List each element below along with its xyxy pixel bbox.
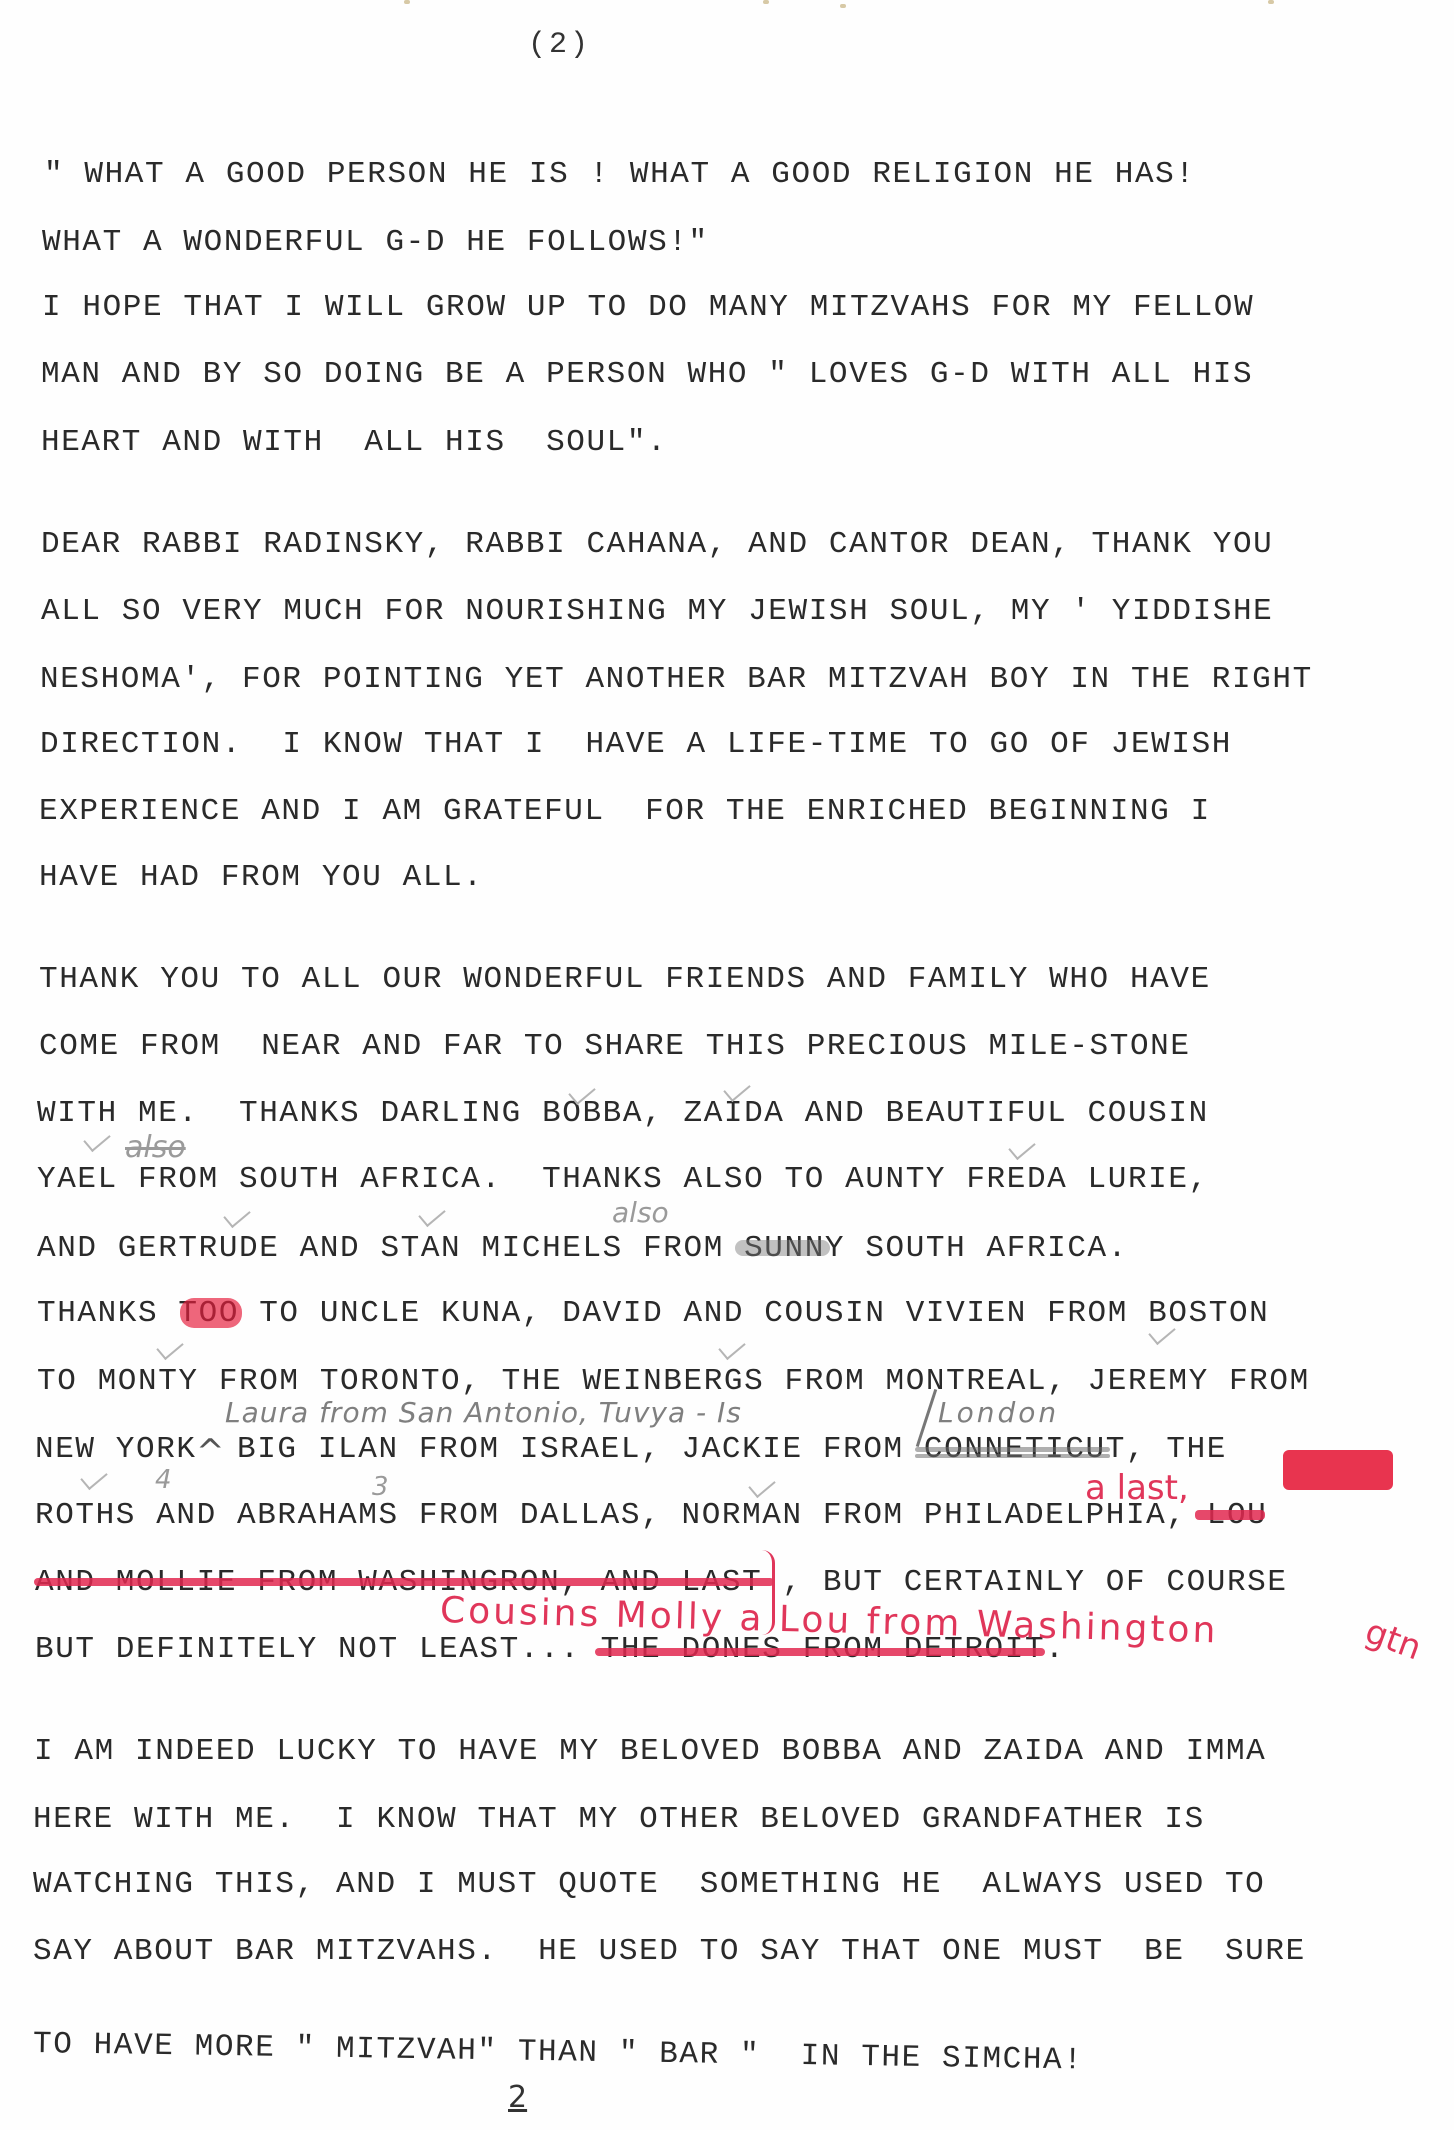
document-page: (2) " WHAT A GOOD PERSON HE IS ! WHAT A … — [0, 0, 1454, 2130]
text-line: AND GERTRUDE AND STAN MICHELS FROM SUNNY… — [37, 1232, 1128, 1266]
pencil-note-also: also — [125, 1130, 186, 1165]
pencil-note-london: London — [938, 1396, 1059, 1429]
red-strike-mollie-line — [34, 1578, 774, 1586]
text-line: TO HAVE MORE " MITZVAH" THAN " BAR " IN … — [33, 2028, 1084, 2078]
text-line: WATCHING THIS, AND I MUST QUOTE SOMETHIN… — [33, 1868, 1265, 1902]
text-line: SAY ABOUT BAR MITZVAHS. HE USED TO SAY T… — [33, 1935, 1306, 1969]
pencil-number-4: 4 — [155, 1465, 172, 1495]
text-line: " WHAT A GOOD PERSON HE IS ! WHAT A GOOD… — [44, 158, 1196, 192]
scan-speck — [1268, 0, 1274, 4]
pencil-strike-sunny — [735, 1240, 830, 1256]
text-line: ALL SO VERY MUCH FOR NOURISHING MY JEWIS… — [41, 595, 1273, 629]
check-mark — [748, 1472, 775, 1498]
text-line: TO MONTY FROM TORONTO, THE WEINBERGS FRO… — [37, 1365, 1310, 1399]
check-mark — [418, 1201, 445, 1227]
text-line: COME FROM NEAR AND FAR TO SHARE THIS PRE… — [39, 1030, 1191, 1064]
pencil-number-3: 3 — [372, 1472, 389, 1502]
text-line: MAN AND BY SO DOING BE A PERSON WHO " LO… — [41, 358, 1253, 392]
scan-speck — [404, 0, 410, 4]
red-strike-dones — [595, 1648, 1045, 1656]
scan-speck — [840, 4, 846, 8]
pencil-strike-conneticut — [915, 1454, 1110, 1458]
text-line: I HOPE THAT I WILL GROW UP TO DO MANY MI… — [42, 291, 1254, 325]
text-line: EXPERIENCE AND I AM GRATEFUL FOR THE ENR… — [39, 795, 1211, 829]
scan-speck — [763, 0, 769, 4]
check-mark — [1008, 1134, 1035, 1160]
red-strike-lou — [1195, 1510, 1265, 1520]
red-note-a-last: a last, — [1085, 1468, 1189, 1508]
check-mark — [718, 1334, 745, 1360]
footer-mark: 2 — [508, 2080, 527, 2115]
pencil-note-also: also — [612, 1196, 669, 1229]
check-mark — [223, 1202, 250, 1228]
text-line: HERE WITH ME. I KNOW THAT MY OTHER BELOV… — [33, 1803, 1205, 1837]
text-line: HEART AND WITH ALL HIS SOUL". — [41, 426, 667, 460]
page-number: (2) — [528, 28, 591, 62]
red-note-tail: gtn — [1360, 1612, 1427, 1669]
text-line: WITH ME. THANKS DARLING BOBBA, ZAIDA AND… — [37, 1097, 1209, 1131]
text-line: DIRECTION. I KNOW THAT I HAVE A LIFE-TIM… — [40, 728, 1232, 762]
insert-caret: ^ — [196, 1432, 225, 1472]
text-line: HAVE HAD FROM YOU ALL. — [39, 861, 483, 895]
text-line: NESHOMA', FOR POINTING YET ANOTHER BAR M… — [40, 663, 1313, 697]
text-line: THANK YOU TO ALL OUR WONDERFUL FRIENDS A… — [39, 963, 1211, 997]
check-mark — [156, 1334, 183, 1360]
text-line: I AM INDEED LUCKY TO HAVE MY BELOVED BOB… — [34, 1735, 1266, 1769]
check-mark — [80, 1464, 107, 1490]
pencil-strike-conneticut — [915, 1447, 1110, 1452]
text-line: ROTHS AND ABRAHAMS FROM DALLAS, NORMAN F… — [35, 1499, 1267, 1533]
red-blot-the — [1283, 1450, 1393, 1490]
text-line: YAEL FROM SOUTH AFRICA. THANKS ALSO TO A… — [37, 1163, 1209, 1197]
text-line: WHAT A WONDERFUL G-D HE FOLLOWS!" — [42, 226, 709, 260]
pencil-note-laura: Laura from San Antonio, Tuvya - Is — [225, 1396, 742, 1429]
text-line: DEAR RABBI RADINSKY, RABBI CAHANA, AND C… — [41, 528, 1273, 562]
red-scribble-too — [180, 1298, 242, 1328]
